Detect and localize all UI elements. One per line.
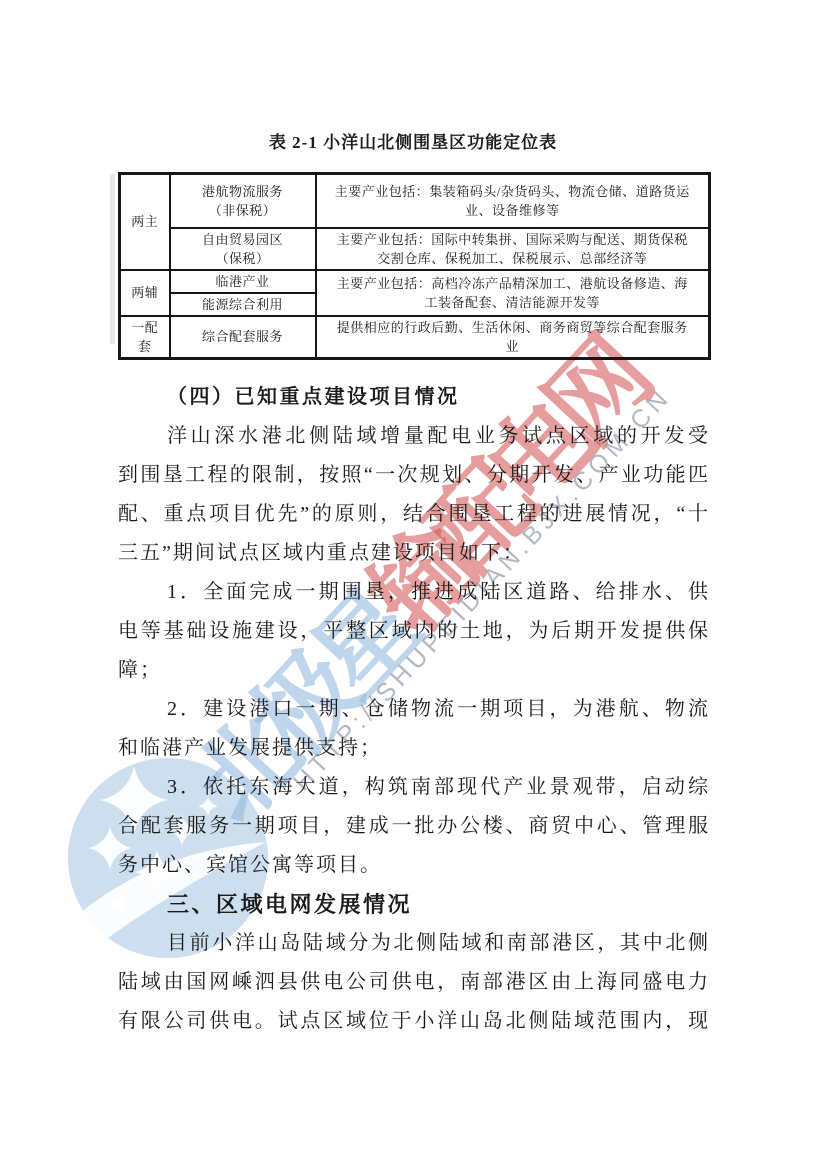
body-line: 务中心、宾馆公寓等项目。 [118,846,708,885]
cell-function-energy-utilization: 能源综合利用 [170,293,316,316]
body-line: 障； [118,651,708,690]
cell-function-port-logistics: 港航物流服务 （非保税） [170,174,316,228]
section-heading-4: （四）已知重点建设项目情况 [118,378,708,417]
cell-function-port-industry: 临港产业 [170,270,316,293]
cell-industries-free-trade: 主要产业包括：国际中转集拼、国际采购与配送、期货保税 交割仓库、保税加工、保税展… [316,228,710,270]
table-row: 两辅 临港产业 主要产业包括：高档冷冻产品精深加工、港航设备修造、海 工装备配套… [120,270,710,293]
body-line: 三五”期间试点区域内重点建设项目如下： [118,534,708,573]
cell-function-comprehensive-service: 综合配套服务 [170,316,316,359]
body-text: （四）已知重点建设项目情况 洋山深水港北侧陆域增量配电业务试点区域的开发受 到围… [118,378,708,1041]
body-line: 有限公司供电。试点区域位于小洋山岛北侧陆域范围内，现 [118,1002,708,1041]
body-line: 2．建设港口一期、仓储物流一期项目，为港航、物流 [118,690,708,729]
page-content: 表 2-1 小洋山北侧围垦区功能定位表 两主 港航物流服务 （非保税） 主要产业… [0,0,827,1169]
cell-industries-comprehensive-service: 提供相应的行政后勤、生活休闲、商务商贸等综合配套服务 业 [316,316,710,359]
cell-function-free-trade: 自由贸易园区 （保税） [170,228,316,270]
scan-shadow [110,174,115,344]
body-line: 陆域由国网嵊泗县供电公司供电，南部港区由上海同盛电力 [118,963,708,1002]
cell-group-two-main: 两主 [120,174,170,270]
table-caption: 表 2-1 小洋山北侧围垦区功能定位表 [118,131,708,155]
section-heading-3: 三、区域电网发展情况 [118,885,708,924]
cell-group-two-auxiliary: 两辅 [120,270,170,316]
body-line: 3．依托东海大道，构筑南部现代产业景观带，启动综 [118,768,708,807]
table-row: 两主 港航物流服务 （非保税） 主要产业包括：集装箱码头/杂货码头、物流仓储、道… [120,174,710,228]
body-line: 1．全面完成一期围垦，推进成陆区道路、给排水、供 [118,573,708,612]
cell-industries-port-logistics: 主要产业包括：集装箱码头/杂货码头、物流仓储、道路货运 业、设备维修等 [316,174,710,228]
table-row: 一配 套 综合配套服务 提供相应的行政后勤、生活休闲、商务商贸等综合配套服务 业 [120,316,710,359]
body-line: 和临港产业发展提供支持； [118,729,708,768]
body-line: 电等基础设施建设，平整区域内的土地，为后期开发提供保 [118,612,708,651]
body-line: 配、重点项目优先”的原则，结合围垦工程的进展情况，“十 [118,495,708,534]
body-line: 洋山深水港北侧陆域增量配电业务试点区域的开发受 [118,417,708,456]
body-line: 目前小洋山岛陆域分为北侧陆域和南部港区，其中北侧 [118,924,708,963]
cell-industries-auxiliary: 主要产业包括：高档冷冻产品精深加工、港航设备修造、海 工装备配套、清洁能源开发等 [316,270,710,316]
function-positioning-table: 两主 港航物流服务 （非保税） 主要产业包括：集装箱码头/杂货码头、物流仓储、道… [118,172,711,360]
table-row: 自由贸易园区 （保税） 主要产业包括：国际中转集拼、国际采购与配送、期货保税 交… [120,228,710,270]
document-page: 北极星输配电网 HTTP://SHUPEIDIAN.BJX.COM.CN 表 2… [0,0,827,1169]
body-line: 合配套服务一期项目，建成一批办公楼、商贸中心、管理服 [118,807,708,846]
cell-group-one-supporting: 一配 套 [120,316,170,359]
body-line: 到围垦工程的限制，按照“一次规划、分期开发、产业功能匹 [118,456,708,495]
